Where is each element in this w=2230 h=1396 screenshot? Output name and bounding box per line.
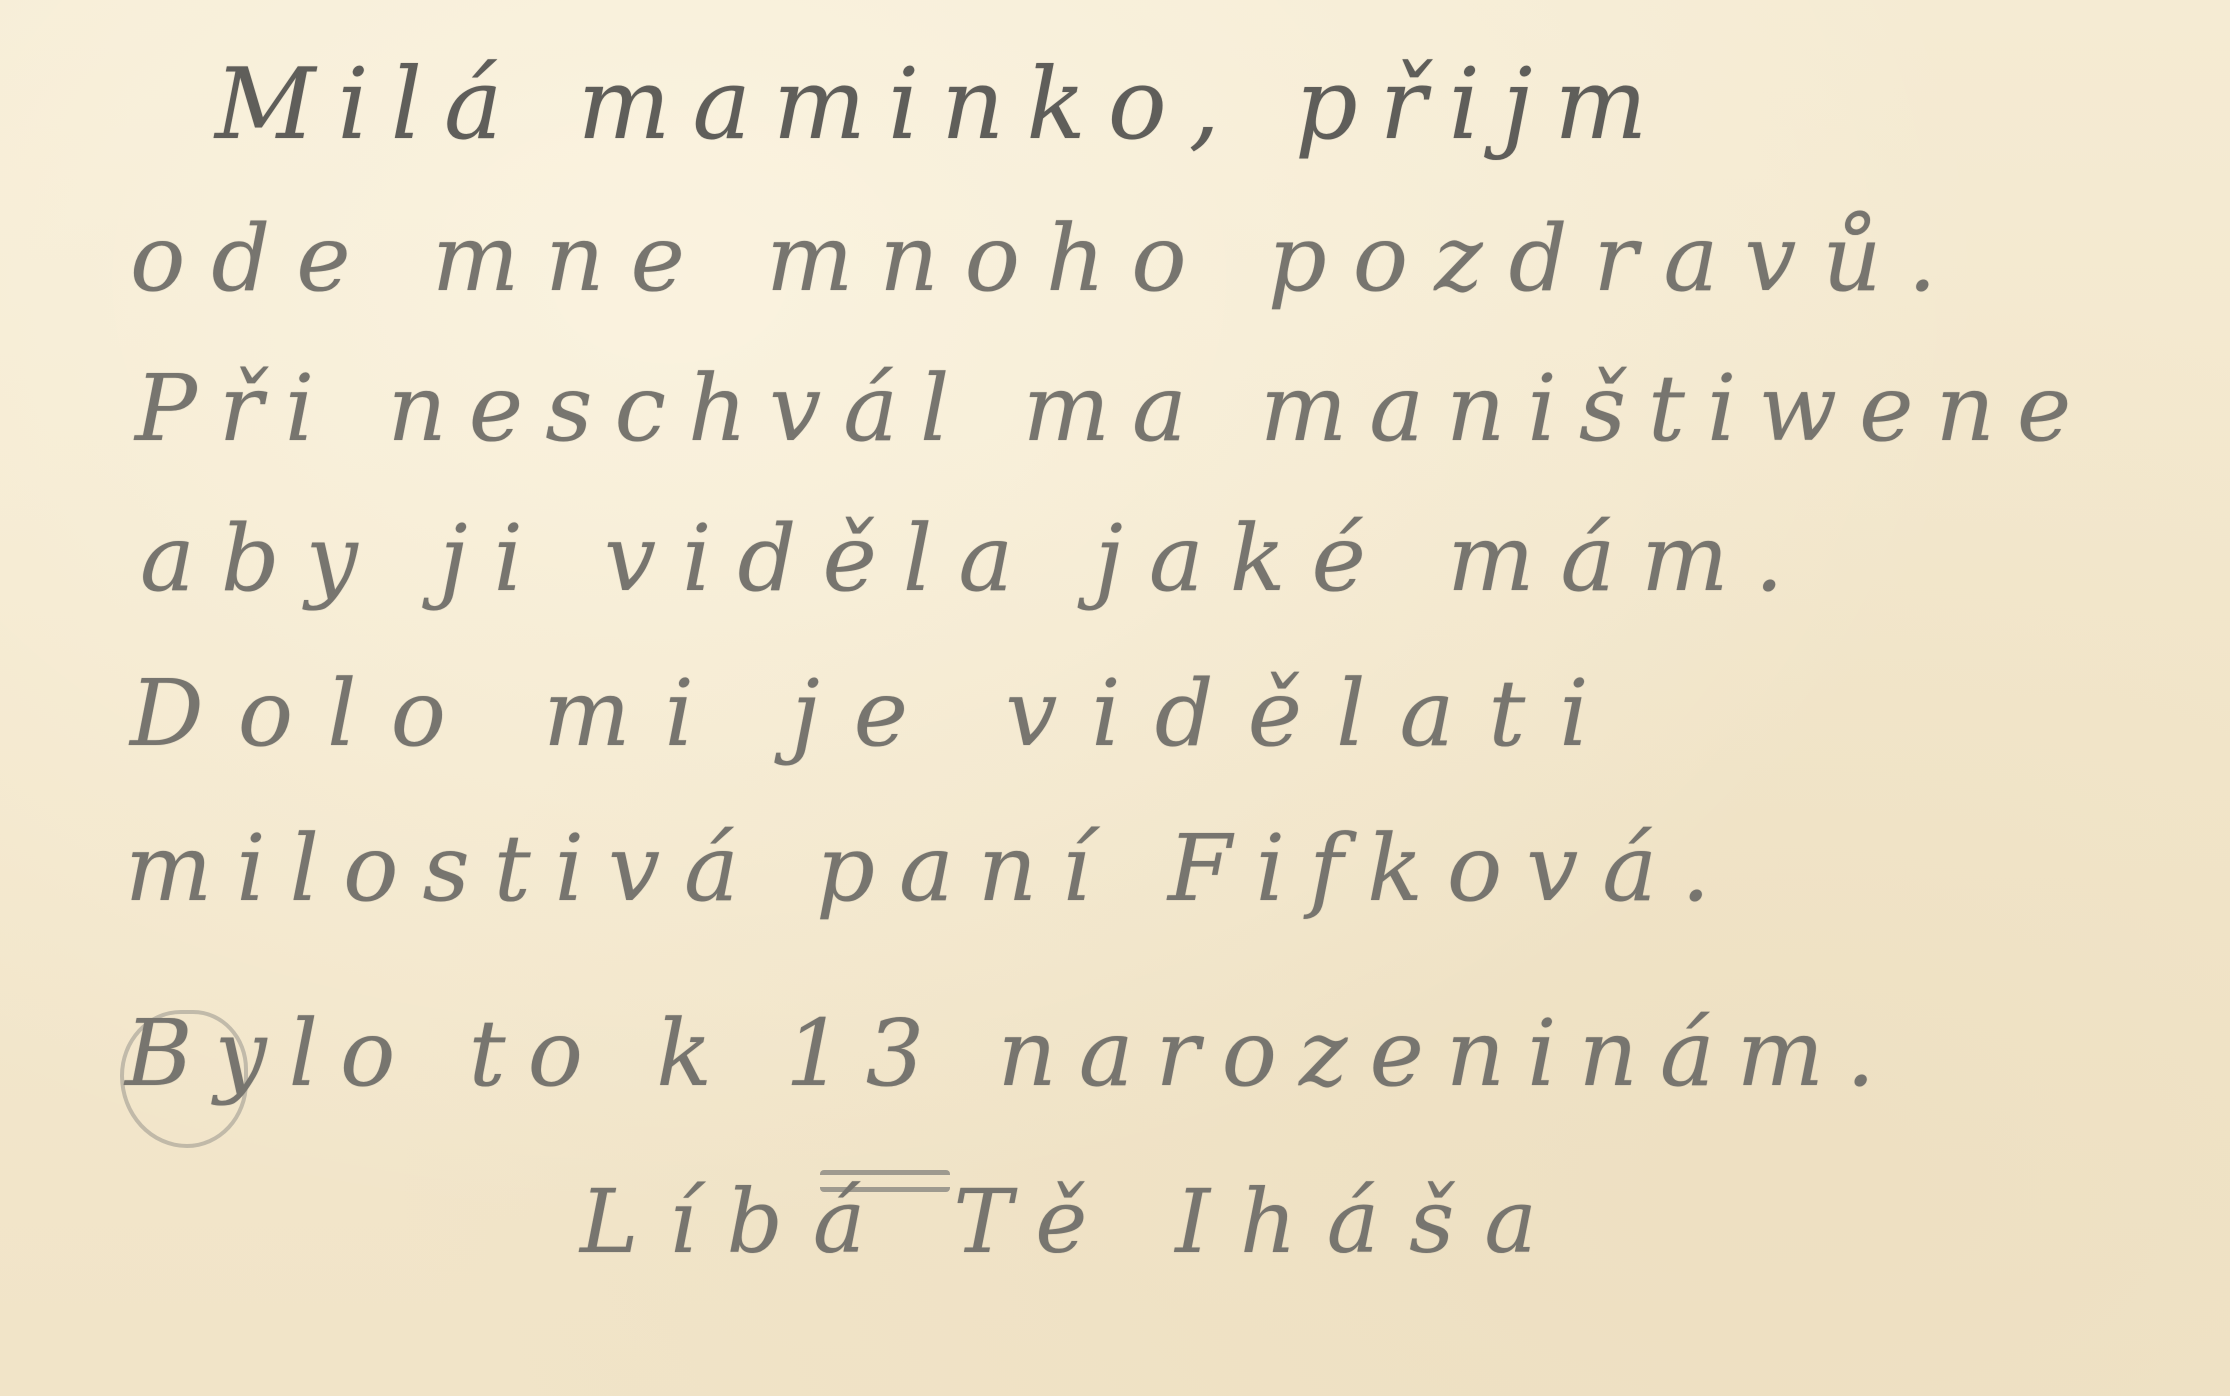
note-line-7: Bylo to k 13 narozeninám. <box>125 1000 1897 1107</box>
signature-line: Líbá Tě Iháša <box>580 1170 1567 1273</box>
handwritten-card: Milá maminko, přijm ode mne mnoho pozdra… <box>0 0 2230 1396</box>
note-line-5: Dolo mi je vidělati <box>130 660 1623 767</box>
note-line-2: ode mne mnoho pozdravů. <box>130 205 1963 312</box>
greeting-line: Milá maminko, přijm <box>215 48 1669 162</box>
note-line-4: aby ji viděla jaké mám. <box>140 505 1810 612</box>
note-line-3: Při neschvál ma maništiwene <box>135 355 2093 462</box>
note-line-6: milostivá paní Fifková. <box>125 815 1734 922</box>
